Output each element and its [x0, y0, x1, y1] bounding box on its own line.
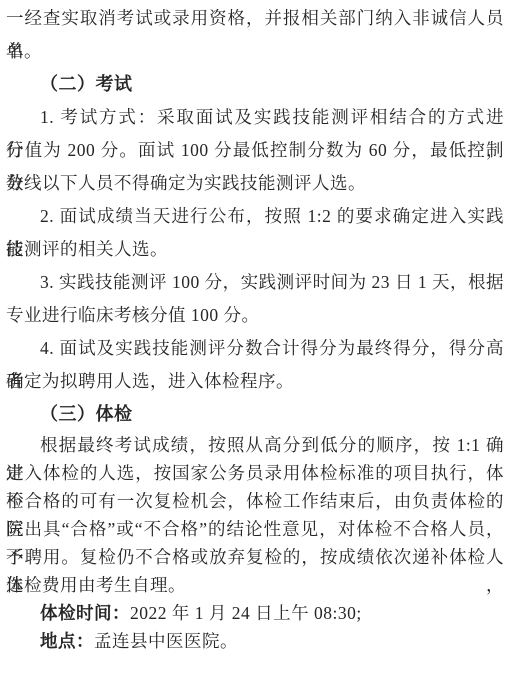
text-line: 4. 面试及实践技能测评分数合计得分为最终得分，得分高者 [6, 332, 504, 365]
text-line: 单。 [6, 35, 504, 68]
text-line: 数线以下人员不得确定为实践技能测评人选。 [6, 167, 504, 200]
section-heading: （三）体检 [6, 398, 504, 431]
text-line: 一经查实取消考试或录用资格，并报相关部门纳入非诚信人员名 [6, 2, 504, 35]
text-line: 能测评的相关人选。 [6, 233, 504, 266]
document-page: 一经查实取消考试或录用资格，并报相关部门纳入非诚信人员名单。（二）考试1. 考试… [0, 0, 510, 678]
text-line: 2. 面试成绩当天进行公布，按照 1:2 的要求确定进入实践技 [6, 200, 504, 233]
text-line: 3. 实践技能测评 100 分，实践测评时间为 23 日 1 天，根据 [6, 266, 504, 299]
text-line: 予聘用。复检仍不合格或放弃复检的，按成绩依次递补体检人选， [6, 543, 504, 571]
section-heading: （二）考试 [6, 68, 504, 101]
field-value: 2022 年 1 月 24 日上午 08:30; [130, 603, 362, 623]
field-label: 地点： [40, 631, 94, 651]
text-line: 确定为拟聘用人选，进入体检程序。 [6, 365, 504, 398]
text-line: 不合格的可有一次复检机会，体检工作结束后，由负责体检的医 [6, 487, 504, 515]
text-line: 体检时间：2022 年 1 月 24 日上午 08:30; [6, 599, 504, 627]
text-line: 地点：孟连县中医医院。 [6, 627, 504, 655]
field-label: 体检时间： [40, 603, 130, 623]
text-line: 进入体检的人选，按国家公务员录用体检标准的项目执行，体检 [6, 459, 504, 487]
text-line: 专业进行临床考核分值 100 分。 [6, 299, 504, 332]
text-line: 院出具“合格”或“不合格”的结论性意见，对体检不合格人员，不 [6, 515, 504, 543]
text-line: 1. 考试方式：采取面试及实践技能测评相结合的方式进行， [6, 101, 504, 134]
field-value: 孟连县中医医院。 [94, 631, 238, 651]
document-body: 一经查实取消考试或录用资格，并报相关部门纳入非诚信人员名单。（二）考试1. 考试… [6, 2, 504, 655]
text-line: 根据最终考试成绩，按照从高分到低分的顺序，按 1:1 确定 [6, 431, 504, 459]
text-line: 分值为 200 分。面试 100 分最低控制分数为 60 分，最低控制分 [6, 134, 504, 167]
